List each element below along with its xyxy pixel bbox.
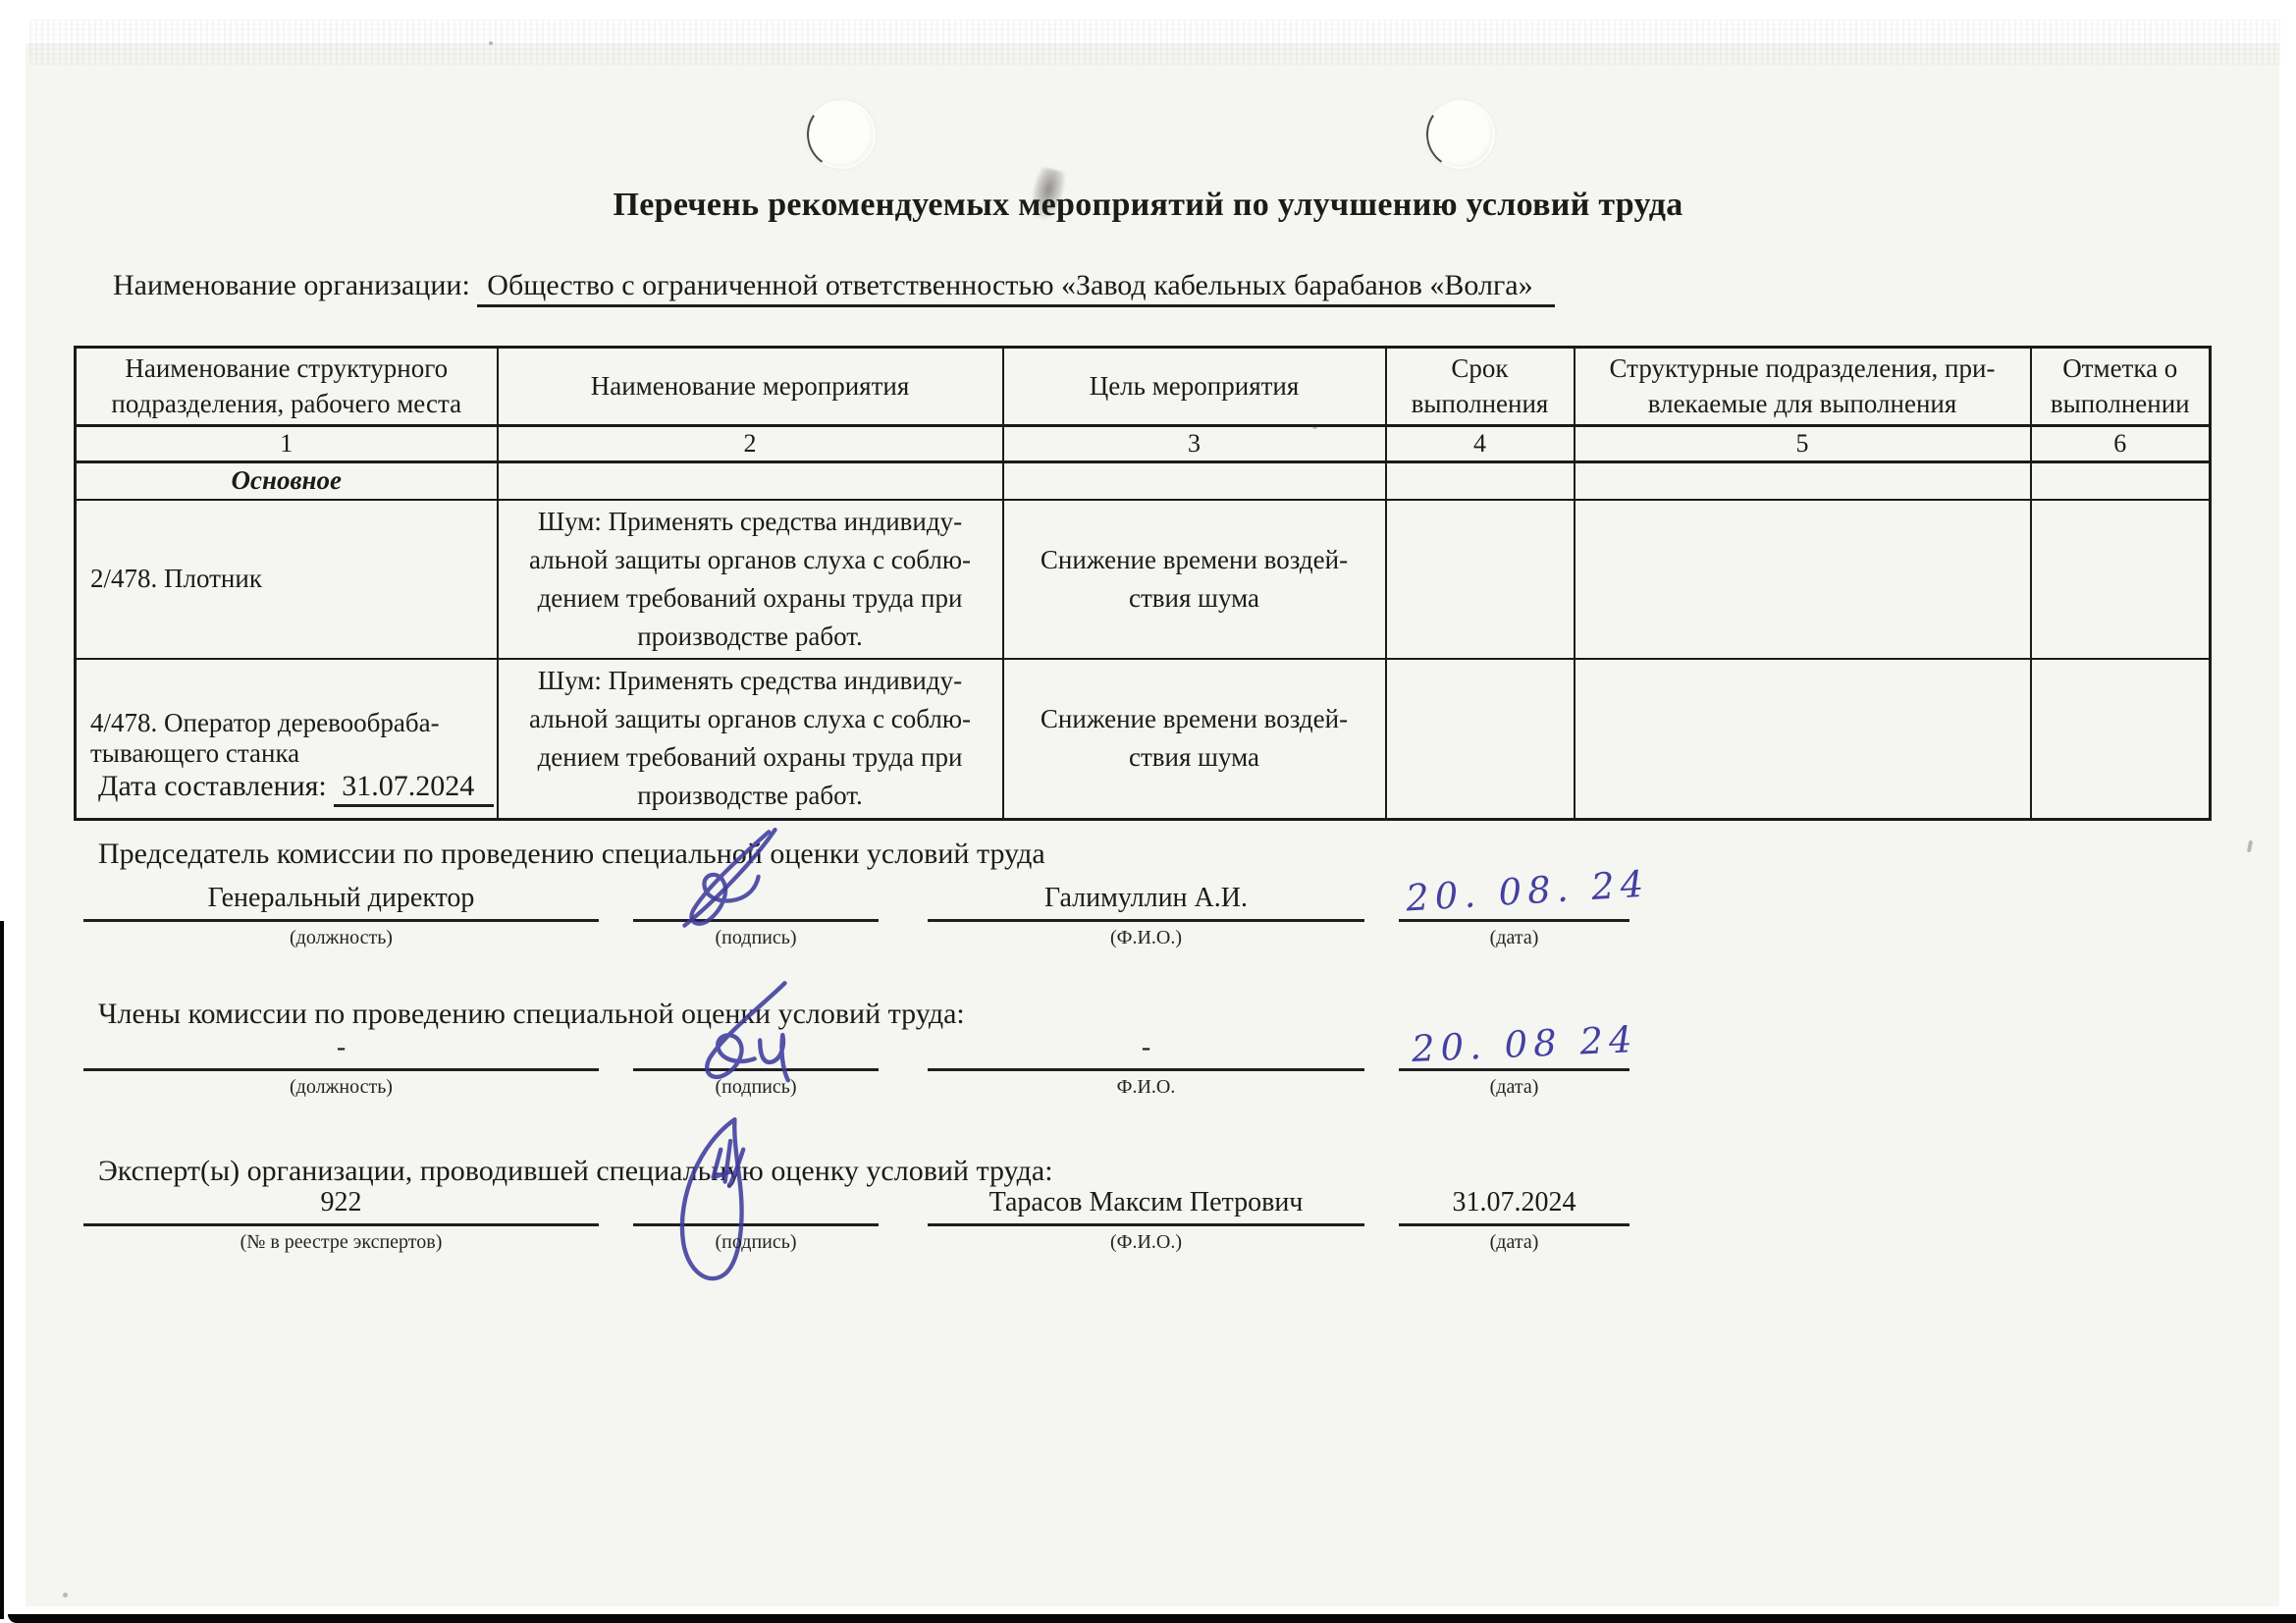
chairman-signature-label: (подпись) bbox=[633, 927, 879, 949]
col-number: 1 bbox=[76, 426, 498, 462]
col-header-completion: Отметка о выполнении bbox=[2031, 348, 2211, 426]
scanned-document: Перечень рекомендуемых мероприятий по ул… bbox=[0, 0, 2296, 1623]
col-number: 4 bbox=[1386, 426, 1575, 462]
chairman-position-value: Генеральный директор bbox=[208, 883, 475, 919]
organization-line: Наименование организации: Общество с огр… bbox=[113, 269, 1555, 302]
member-signature-label: (подпись) bbox=[633, 1076, 879, 1099]
col-number: 3 bbox=[1003, 426, 1386, 462]
scan-frame-left-edge bbox=[0, 921, 4, 1619]
col-header-workplace: Наименование структурного подразделения,… bbox=[76, 348, 498, 426]
cell-completion bbox=[2031, 500, 2211, 660]
chairman-name-value: Галимуллин А.И. bbox=[1044, 883, 1248, 919]
paper-speck bbox=[489, 41, 493, 45]
member-date-label: (дата) bbox=[1399, 1076, 1629, 1099]
chairman-heading: Председатель комиссии по проведению спец… bbox=[98, 838, 1045, 871]
expert-registry-value: 922 bbox=[321, 1187, 362, 1223]
chairman-name-field: Галимуллин А.И. bbox=[928, 872, 1364, 922]
organization-label: Наименование организации: bbox=[113, 269, 470, 301]
chairman-position-label: (должность) bbox=[83, 927, 599, 949]
cell-departments bbox=[1575, 500, 2031, 660]
expert-name-field: Тарасов Максим Петрович bbox=[928, 1176, 1364, 1226]
col-number: 5 bbox=[1575, 426, 2031, 462]
cell-departments bbox=[1575, 659, 2031, 819]
cell-measure: Шум: Применять средства индивиду- альной… bbox=[498, 500, 1003, 660]
cell-deadline bbox=[1386, 500, 1575, 660]
member-signature-ink bbox=[682, 980, 812, 1088]
empty-cell bbox=[498, 462, 1003, 500]
empty-cell bbox=[1386, 462, 1575, 500]
cell-goal: Снижение времени воздей- ствия шума bbox=[1003, 500, 1386, 660]
composed-date-value: 31.07.2024 bbox=[334, 770, 494, 807]
cell-completion bbox=[2031, 659, 2211, 819]
expert-signature-label: (подпись) bbox=[633, 1231, 879, 1254]
member-position-label: (должность) bbox=[83, 1076, 599, 1099]
expert-date-label: (дата) bbox=[1399, 1231, 1629, 1254]
col-number: 6 bbox=[2031, 426, 2211, 462]
expert-registry-field: 922 bbox=[83, 1176, 599, 1226]
cell-goal: Снижение времени воздей- ствия шума bbox=[1003, 659, 1386, 819]
col-header-goal: Цель мероприятия bbox=[1003, 348, 1386, 426]
expert-signature-ink bbox=[660, 1112, 799, 1285]
member-position-value: - bbox=[337, 1032, 346, 1068]
cell-measure: Шум: Применять средства индивиду- альной… bbox=[498, 659, 1003, 819]
expert-name-value: Тарасов Максим Петрович bbox=[989, 1187, 1304, 1223]
chairman-date-label: (дата) bbox=[1399, 927, 1629, 949]
col-number: 2 bbox=[498, 426, 1003, 462]
paper-speck bbox=[63, 1593, 68, 1597]
table-row: 2/478. Плотник Шум: Применять средства и… bbox=[76, 500, 2211, 660]
section-label: Основное bbox=[76, 462, 498, 500]
scanner-noise-band bbox=[29, 20, 2280, 65]
composed-date-label: Дата составления: bbox=[98, 770, 327, 802]
composed-date-line: Дата составления: 31.07.2024 bbox=[98, 770, 494, 803]
expert-name-label: (Ф.И.О.) bbox=[928, 1231, 1364, 1254]
empty-cell bbox=[2031, 462, 2211, 500]
member-position-field: - bbox=[83, 1021, 599, 1071]
expert-date-value: 31.07.2024 bbox=[1453, 1187, 1576, 1223]
expert-registry-label: (№ в реестре экспертов) bbox=[83, 1231, 599, 1254]
empty-cell bbox=[1003, 462, 1386, 500]
chairman-position-field: Генеральный директор bbox=[83, 872, 599, 922]
col-header-departments: Структурные подразделения, при- влекаемы… bbox=[1575, 348, 2031, 426]
member-name-field: - bbox=[928, 1021, 1364, 1071]
col-header-measure: Наименование мероприятия bbox=[498, 348, 1003, 426]
scan-frame-bottom-edge bbox=[8, 1614, 2296, 1623]
member-name-label: Ф.И.О. bbox=[928, 1076, 1364, 1099]
col-header-deadline: Срок выполнения bbox=[1386, 348, 1575, 426]
expert-date-field: 31.07.2024 bbox=[1399, 1176, 1629, 1226]
cell-deadline bbox=[1386, 659, 1575, 819]
chairman-name-label: (Ф.И.О.) bbox=[928, 927, 1364, 949]
member-name-value: - bbox=[1142, 1032, 1150, 1068]
organization-value: Общество с ограниченной ответственностью… bbox=[477, 269, 1554, 307]
chairman-signature-ink bbox=[666, 828, 795, 932]
page-title: Перечень рекомендуемых мероприятий по ул… bbox=[0, 187, 2296, 224]
measures-table: Наименование структурного подразделения,… bbox=[74, 346, 2212, 821]
cell-workplace: 2/478. Плотник bbox=[76, 500, 498, 660]
empty-cell bbox=[1575, 462, 2031, 500]
